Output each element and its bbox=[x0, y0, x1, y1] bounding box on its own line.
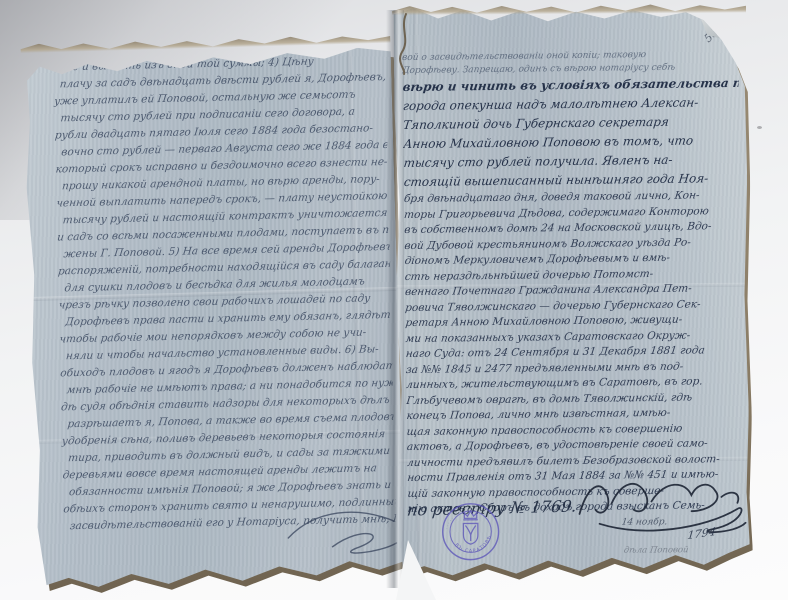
notary-stamp-saratov-arms: · · · · · · · · · · · · ВЪ САРАТОВѢ bbox=[439, 500, 501, 562]
paper-sliver bbox=[392, 12, 418, 76]
right-page: 58 вой о засвидѣтельствованіи оной копіи… bbox=[392, 5, 750, 587]
manuscript-text-right: вой о засвидѣтельствованіи оной копіи; т… bbox=[401, 48, 743, 518]
shield-three-sterlets-icon bbox=[463, 523, 478, 544]
stamp-top-arc: · · · · · · · · · · · · bbox=[445, 508, 471, 530]
manuscript-text-left: буде и вычесть изъ оной той суммы; 4) Цѣ… bbox=[52, 52, 395, 535]
signature-date-note: 14 ноябр. bbox=[621, 517, 668, 527]
manuscript-photo: буде и вычесть изъ оной той суммы; 4) Цѣ… bbox=[0, 0, 788, 600]
left-page: буде и вычесть изъ оной той суммы; 4) Цѣ… bbox=[20, 35, 405, 593]
wall-speck bbox=[757, 126, 762, 129]
pen-flourish bbox=[281, 501, 402, 558]
center-fold-shadow bbox=[386, 10, 404, 588]
stamp-bottom-text: ВЪ САРАТОВѢ bbox=[453, 534, 493, 554]
left-page-paper: буде и вычесть изъ оной той суммы; 4) Цѣ… bbox=[20, 35, 405, 593]
notary-signature bbox=[573, 467, 750, 554]
svg-text:ВЪ САРАТОВѢ: ВЪ САРАТОВѢ bbox=[453, 534, 493, 554]
torn-top-edge bbox=[392, 3, 746, 15]
right-page-paper: 58 вой о засвидѣтельствованіи оной копіи… bbox=[392, 5, 750, 587]
svg-text:· · · · · · · · · · · ·: · · · · · · · · · · · · bbox=[445, 508, 471, 530]
pencil-annotation: дѣла Поповой bbox=[623, 545, 689, 555]
